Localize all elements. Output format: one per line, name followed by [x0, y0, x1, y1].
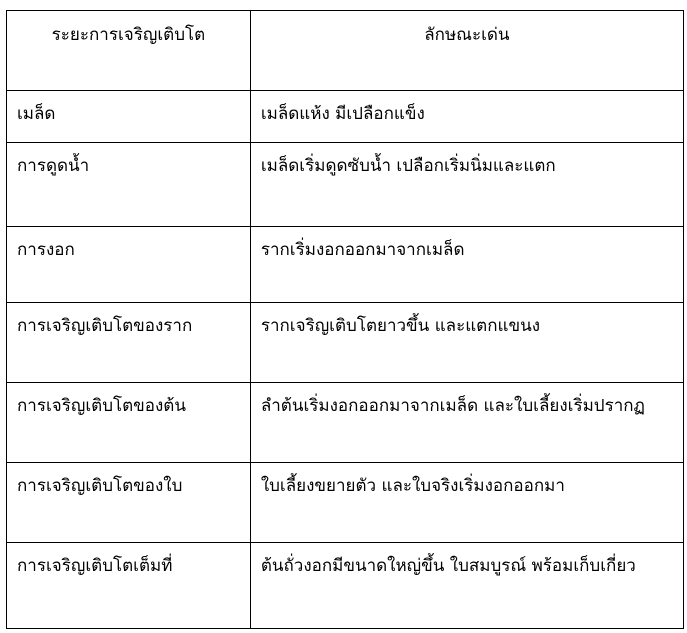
table-row: การเจริญเติบโตเต็มที่ ต้นถั่วงอกมีขนาดให…: [7, 543, 684, 629]
feature-cell: เมล็ดเริ่มดูดซับน้ำ เปลือกเริ่มนิ่มและแต…: [250, 143, 683, 227]
stage-cell: การเจริญเติบโตของใบ: [7, 463, 251, 543]
stage-cell: การงอก: [7, 227, 251, 303]
table-row: เมล็ด เมล็ดแห้ง มีเปลือกแข็ง: [7, 91, 684, 143]
table-row: การดูดน้ำ เมล็ดเริ่มดูดซับน้ำ เปลือกเริ่…: [7, 143, 684, 227]
table-header-row: ระยะการเจริญเติบโต ลักษณะเด่น: [7, 11, 684, 91]
feature-cell: ต้นถั่วงอกมีขนาดใหญ่ขึ้น ใบสมบูรณ์ พร้อม…: [250, 543, 683, 629]
header-stage: ระยะการเจริญเติบโต: [7, 11, 251, 91]
feature-cell: รากเริ่มงอกออกมาจากเมล็ด: [250, 227, 683, 303]
feature-cell: ใบเลี้ยงขยายตัว และใบจริงเริ่มงอกออกมา: [250, 463, 683, 543]
header-feature: ลักษณะเด่น: [250, 11, 683, 91]
stage-cell: การเจริญเติบโตของต้น: [7, 383, 251, 463]
stage-cell: เมล็ด: [7, 91, 251, 143]
table-row: การเจริญเติบโตของใบ ใบเลี้ยงขยายตัว และใ…: [7, 463, 684, 543]
table-row: การเจริญเติบโตของต้น ลำต้นเริ่มงอกออกมาจ…: [7, 383, 684, 463]
table-row: การเจริญเติบโตของราก รากเจริญเติบโตยาวขึ…: [7, 303, 684, 383]
stage-cell: การเจริญเติบโตของราก: [7, 303, 251, 383]
stage-cell: การเจริญเติบโตเต็มที่: [7, 543, 251, 629]
stage-cell: การดูดน้ำ: [7, 143, 251, 227]
growth-stages-table: ระยะการเจริญเติบโต ลักษณะเด่น เมล็ด เมล็…: [6, 10, 684, 629]
feature-cell: ลำต้นเริ่มงอกออกมาจากเมล็ด และใบเลี้ยงเร…: [250, 383, 683, 463]
feature-cell: เมล็ดแห้ง มีเปลือกแข็ง: [250, 91, 683, 143]
table-row: การงอก รากเริ่มงอกออกมาจากเมล็ด: [7, 227, 684, 303]
feature-cell: รากเจริญเติบโตยาวขึ้น และแตกแขนง: [250, 303, 683, 383]
